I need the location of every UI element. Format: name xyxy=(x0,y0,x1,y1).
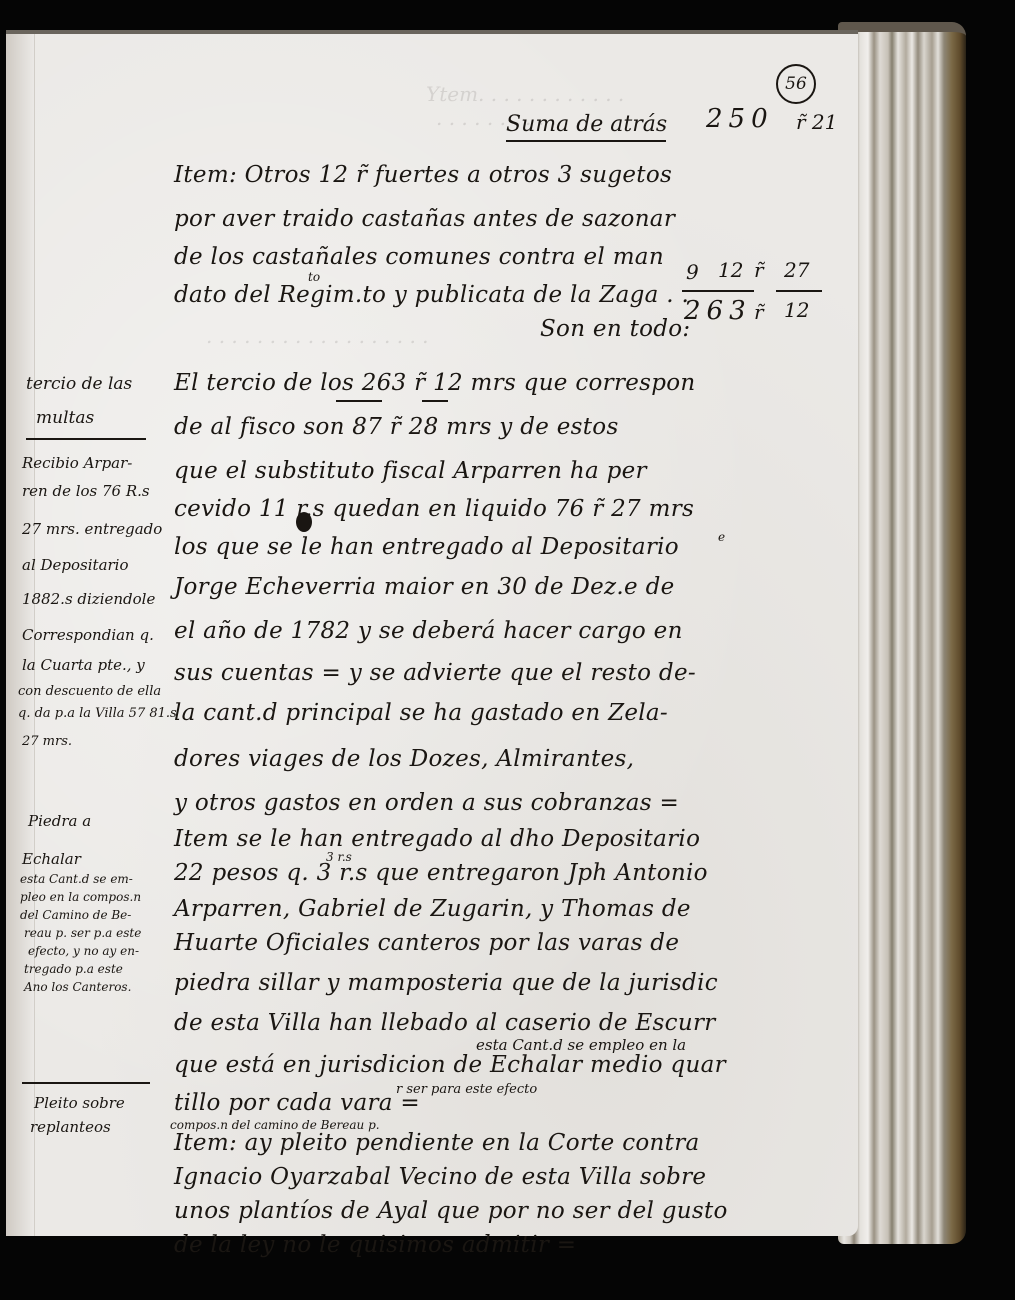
added-amount: 12 xyxy=(718,258,743,282)
margin-note-line: 27 mrs. xyxy=(22,734,72,749)
margin-underline xyxy=(26,438,146,440)
bleed-through-text: . . . . . . . . . . . . . . . . . . xyxy=(206,324,429,348)
margin-note-line: 27 mrs. entregado xyxy=(22,520,162,538)
total-fraction: 12 xyxy=(784,298,809,322)
margin-note-line: Ano los Canteros. xyxy=(24,980,131,994)
text-line: de esta Villa han llebado al caserio de … xyxy=(174,1010,716,1036)
margin-note-line: Correspondian q. xyxy=(22,626,154,644)
total-rule-fraction xyxy=(776,290,822,292)
text-line: Arparren, Gabriel de Zugarin, y Thomas d… xyxy=(174,896,691,922)
text-line: unos plantíos de Ayal que por no ser del… xyxy=(174,1198,728,1224)
text-line: el año de 1782 y se deberá hacer cargo e… xyxy=(174,618,683,644)
interlinear-note: r ser para este efecto xyxy=(396,1082,537,1097)
margin-note-line: con descuento de ella xyxy=(18,684,161,699)
added-unit: r̃ xyxy=(754,258,764,282)
margin-note-line: efecto, y no ay en- xyxy=(28,944,139,958)
margin-divider xyxy=(22,1082,150,1084)
sum-carried-fraction: r̃ 21 xyxy=(796,110,837,134)
manuscript-page: Ytem. . . . . . . . . . . . . . . . . . … xyxy=(6,30,858,1236)
margin-note-line: del Camino de Be- xyxy=(20,908,131,922)
text-line: dato del Regim.to y publicata de la Zaga… xyxy=(174,282,689,308)
text-line: que está en jurisdicion de Echalar medio… xyxy=(174,1052,726,1078)
bleed-through-text: Ytem. . . . . . . . . . . . xyxy=(426,82,624,106)
total-unit: r̃ xyxy=(754,300,764,324)
underline-263 xyxy=(336,400,382,402)
interlinear-note: esta Cant.d se empleo en la xyxy=(476,1036,686,1054)
margin-note-line: 1882.s diziendole xyxy=(22,590,155,608)
underline-12 xyxy=(422,400,448,402)
margin-note-title: replanteos xyxy=(30,1118,111,1136)
margin-note-line: la Cuarta pte., y xyxy=(22,656,145,674)
text-line: los que se le han entregado al Depositar… xyxy=(174,534,679,560)
text-line: tillo por cada vara = xyxy=(174,1090,420,1116)
folio-number: 56 xyxy=(776,64,816,104)
text-line: de al fisco son 87 r̃ 28 mrs y de estos xyxy=(174,414,619,440)
margin-note-title: multas xyxy=(36,408,94,428)
margin-note-title: Echalar xyxy=(22,850,81,868)
sum-carried-amount: 250 xyxy=(706,104,774,134)
text-line: la cant.d principal se ha gastado en Zel… xyxy=(174,700,668,726)
margin-note-line: tregado p.a este xyxy=(24,962,123,976)
margin-note-line: reau p. ser p.a este xyxy=(24,926,141,940)
text-line: 22 pesos q. 3 r.s que entregaron Jph Ant… xyxy=(174,860,708,886)
margin-note-line: al Depositario xyxy=(22,556,129,574)
margin-note-line: ren de los 76 R.s xyxy=(22,482,150,500)
margin-note-title: tercio de las xyxy=(26,374,132,394)
margin-note-line: esta Cant.d se em- xyxy=(20,872,133,886)
total-rule xyxy=(682,290,754,292)
margin-note-line: Recibio Arpar- xyxy=(22,454,132,472)
total-amount: 263 xyxy=(684,296,752,326)
text-line: sus cuentas = y se advierte que el resto… xyxy=(174,660,696,686)
text-line: cevido 11 r.s quedan en liquido 76 r̃ 27… xyxy=(174,496,694,522)
text-line: y otros gastos en orden a sus cobranzas … xyxy=(174,790,679,816)
total-label: Son en todo: xyxy=(540,316,690,342)
text-line: dores viages de los Dozes, Almirantes, xyxy=(174,746,634,772)
text-line: Jorge Echeverria maior en 30 de Dez.e de xyxy=(174,574,675,600)
text-line: que el substituto fiscal Arparren ha per xyxy=(174,458,647,484)
added-prefix: 9 xyxy=(686,260,699,284)
text-line: piedra sillar y mamposteria que de la ju… xyxy=(174,970,718,996)
text-line: Item: ay pleito pendiente en la Corte co… xyxy=(174,1130,700,1156)
superscript: e xyxy=(718,530,725,544)
text-line: El tercio de los 263 r̃ 12 mrs que corre… xyxy=(174,370,696,396)
text-line: por aver traido castañas antes de sazona… xyxy=(174,206,675,232)
margin-note-title: Piedra a xyxy=(28,812,91,830)
text-line: Item se le han entregado al dho Deposita… xyxy=(174,826,700,852)
text-line: Huarte Oficiales canteros por las varas … xyxy=(174,930,679,956)
sum-carried-label: Suma de atrás xyxy=(506,112,667,137)
text-line: Ignacio Oyarzabal Vecino de esta Villa s… xyxy=(174,1164,706,1190)
added-fraction: 27 xyxy=(784,258,809,282)
text-line: de la ley no le quisimos admitir = xyxy=(174,1232,576,1258)
margin-note-line: q. da p.a la Villa 57 81.s xyxy=(18,706,177,721)
sum-underline xyxy=(506,140,666,142)
text-line: Item: Otros 12 r̃ fuertes a otros 3 suge… xyxy=(174,162,672,188)
margin-note-line: pleo en la compos.n xyxy=(20,890,141,904)
text-line: de los castañales comunes contra el man xyxy=(174,244,664,270)
margin-note-title: Pleito sobre xyxy=(34,1094,125,1112)
ink-blot xyxy=(296,512,312,532)
